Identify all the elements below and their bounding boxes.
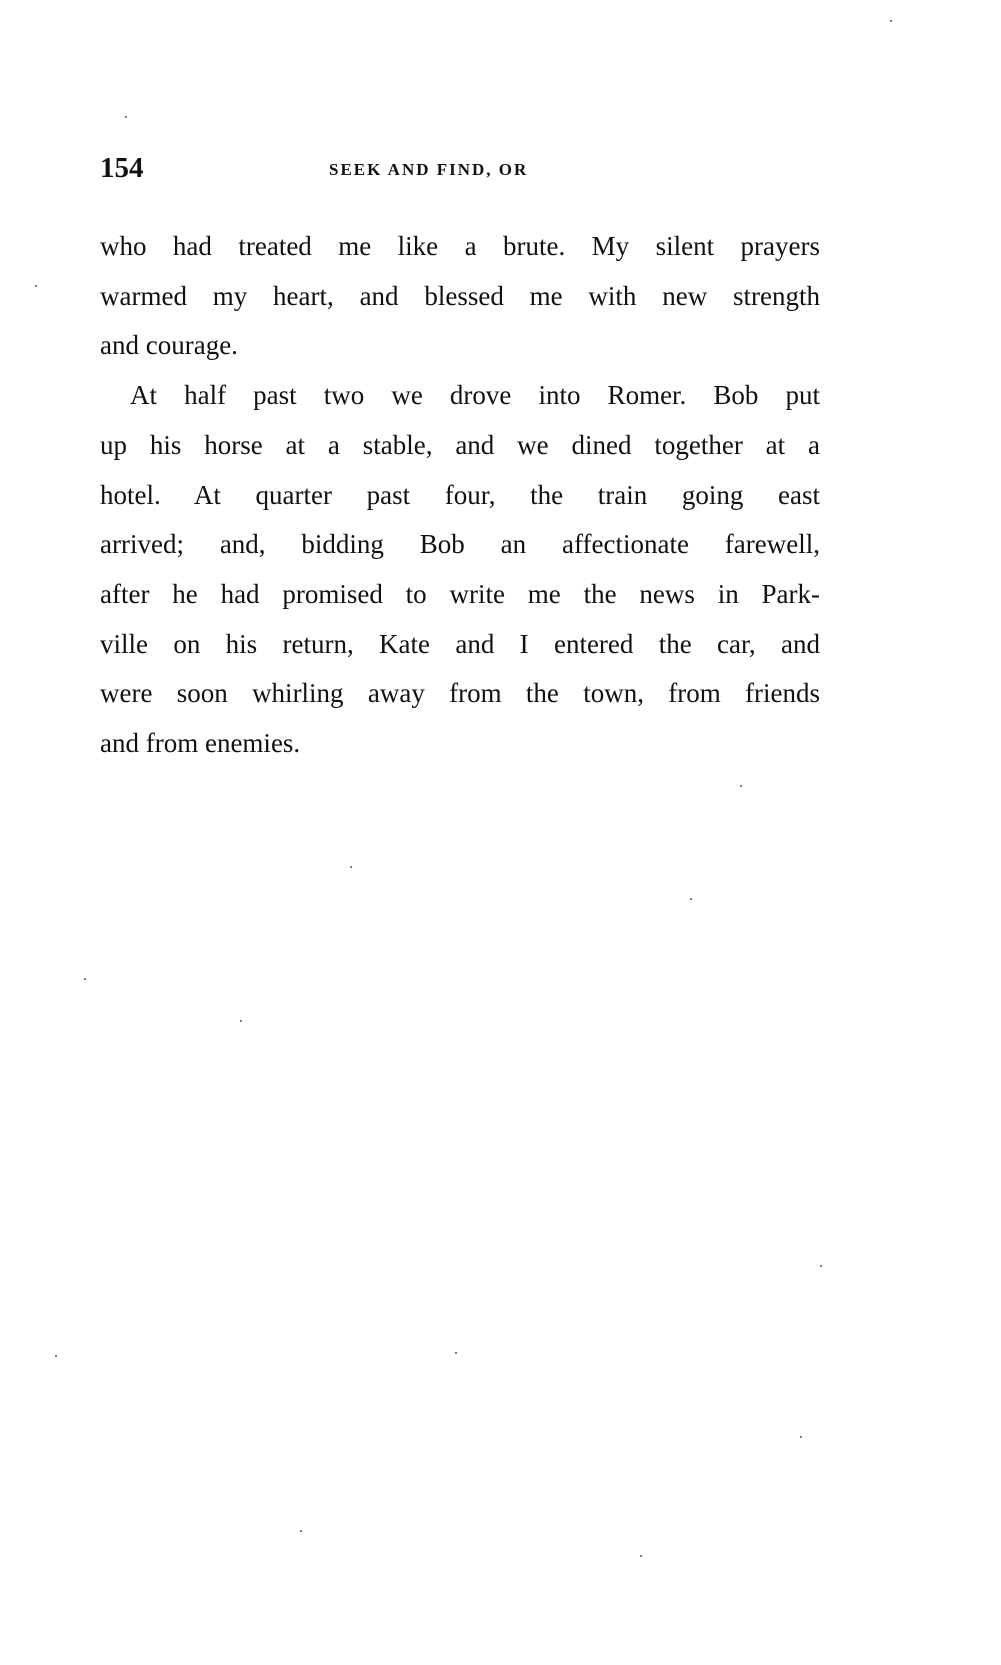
text-line: ville on his return, Kate and I entered … xyxy=(100,620,820,670)
page-header: 154 SEEK AND FIND, OR xyxy=(100,152,820,192)
scan-speck xyxy=(455,1352,457,1354)
running-title: SEEK AND FIND, OR xyxy=(329,160,528,180)
scan-speck xyxy=(55,1355,57,1357)
scan-speck xyxy=(35,285,37,287)
page-number: 154 xyxy=(100,152,144,185)
scan-speck xyxy=(125,116,127,118)
scan-speck xyxy=(740,785,742,787)
text-line: warmed my heart, and blessed me with new… xyxy=(100,272,820,322)
paragraph-2: At half past two we drove into Romer. Bo… xyxy=(100,371,820,769)
scan-speck xyxy=(890,20,892,22)
text-line: were soon whirling away from the town, f… xyxy=(100,669,820,719)
scan-speck xyxy=(640,1555,642,1557)
scan-speck xyxy=(240,1020,242,1022)
text-line: after he had promised to write me the ne… xyxy=(100,570,820,620)
scan-speck xyxy=(350,866,352,868)
text-line: arrived; and, bidding Bob an affectionat… xyxy=(100,520,820,570)
paragraph-1: who had treated me like a brute. My sile… xyxy=(100,222,820,371)
scan-speck xyxy=(820,1265,822,1267)
text-line: At half past two we drove into Romer. Bo… xyxy=(100,371,820,421)
scan-speck xyxy=(300,1530,302,1532)
scan-speck xyxy=(690,898,692,900)
scan-speck xyxy=(800,1436,802,1438)
body-text: who had treated me like a brute. My sile… xyxy=(100,222,820,769)
text-line: hotel. At quarter past four, the train g… xyxy=(100,471,820,521)
text-line: who had treated me like a brute. My sile… xyxy=(100,222,820,272)
scan-speck xyxy=(84,978,86,980)
text-line: up his horse at a stable, and we dined t… xyxy=(100,421,820,471)
text-line: and courage. xyxy=(100,321,820,371)
text-line: and from enemies. xyxy=(100,719,820,769)
